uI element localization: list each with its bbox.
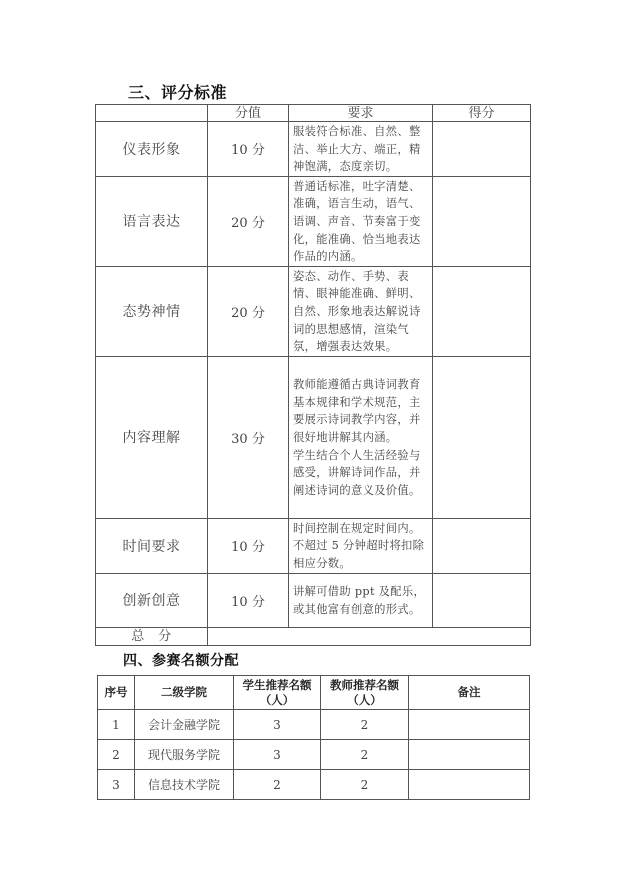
- header-cell-note: 备注: [409, 676, 530, 710]
- criterion-requirement: 普通话标准，吐字清楚、准确，语言生动，语气、语调、声音、节奏富于变化，能准确、恰…: [289, 176, 433, 266]
- header-cell-score: 分值: [208, 105, 289, 122]
- teacher-quota: 2: [321, 770, 409, 800]
- criterion-requirement: 姿态、动作、手势、表情、眼神能准确、鲜明、自然、形象地表达解说诗词的思想感情，渲…: [289, 266, 433, 356]
- criterion-score: 20 分: [208, 176, 289, 266]
- criterion-score: 20 分: [208, 266, 289, 356]
- criterion-score: 10 分: [208, 573, 289, 627]
- criterion-got-score: [433, 573, 531, 627]
- section-4-heading: 四、参赛名额分配: [123, 650, 239, 670]
- header-cell-got: 得分: [433, 105, 531, 122]
- table-row: 创新创意 10 分 讲解可借助 ppt 及配乐，或其他富有创意的形式。: [96, 573, 531, 627]
- header-cell-college: 二级学院: [135, 676, 234, 710]
- table-row: 态势神情 20 分 姿态、动作、手势、表情、眼神能准确、鲜明、自然、形象地表达解…: [96, 266, 531, 356]
- note: [409, 740, 530, 770]
- criterion-requirement: 时间控制在规定时间内。不超过 5 分钟超时将扣除相应分数。: [289, 518, 433, 573]
- criterion-name: 内容理解: [96, 356, 208, 518]
- total-value: [208, 627, 531, 645]
- section-3-heading: 三、评分标准: [128, 80, 227, 103]
- criterion-name: 语言表达: [96, 176, 208, 266]
- total-row: 总 分: [96, 627, 531, 645]
- student-quota: 2: [234, 770, 321, 800]
- student-quota: 3: [234, 710, 321, 740]
- college-name: 会计金融学院: [135, 710, 234, 740]
- criterion-name: 仪表形象: [96, 122, 208, 177]
- row-number: 3: [98, 770, 135, 800]
- note: [409, 710, 530, 740]
- header-line: 学生推荐名额: [234, 678, 320, 693]
- header-cell-student-quota: 学生推荐名额 （人）: [234, 676, 321, 710]
- table-row: 内容理解 30 分 教师能遵循古典诗词教育基本规律和学术规范，主要展示诗词教学内…: [96, 356, 531, 518]
- row-number: 1: [98, 710, 135, 740]
- total-label: 总 分: [96, 627, 208, 645]
- header-cell-number: 序号: [98, 676, 135, 710]
- header-line: 教师推荐名额: [321, 678, 408, 693]
- criterion-got-score: [433, 518, 531, 573]
- teacher-quota: 2: [321, 740, 409, 770]
- criterion-score: 30 分: [208, 356, 289, 518]
- criterion-score: 10 分: [208, 122, 289, 177]
- row-number: 2: [98, 740, 135, 770]
- student-quota: 3: [234, 740, 321, 770]
- criterion-score: 10 分: [208, 518, 289, 573]
- criterion-name: 态势神情: [96, 266, 208, 356]
- table-row: 语言表达 20 分 普通话标准，吐字清楚、准确，语言生动，语气、语调、声音、节奏…: [96, 176, 531, 266]
- scoring-criteria-table: 分值 要求 得分 仪表形象 10 分 服装符合标准、自然、整洁、举止大方、端正，…: [95, 104, 531, 646]
- criterion-name: 创新创意: [96, 573, 208, 627]
- criterion-got-score: [433, 176, 531, 266]
- header-cell-requirement: 要求: [289, 105, 433, 122]
- criterion-got-score: [433, 266, 531, 356]
- header-line: （人）: [234, 693, 320, 708]
- criterion-requirement: 服装符合标准、自然、整洁、举止大方、端正，精神饱满，态度亲切。: [289, 122, 433, 177]
- criterion-requirement: 讲解可借助 ppt 及配乐，或其他富有创意的形式。: [289, 573, 433, 627]
- table-row: 1 会计金融学院 3 2: [98, 710, 530, 740]
- criterion-got-score: [433, 122, 531, 177]
- college-name: 现代服务学院: [135, 740, 234, 770]
- criterion-requirement: 教师能遵循古典诗词教育基本规律和学术规范，主要展示诗词教学内容，并很好地讲解其内…: [289, 356, 433, 518]
- college-name: 信息技术学院: [135, 770, 234, 800]
- table-header-row: 分值 要求 得分: [96, 105, 531, 122]
- table-row: 3 信息技术学院 2 2: [98, 770, 530, 800]
- requirement-teacher: 教师能遵循古典诗词教育基本规律和学术规范，主要展示诗词教学内容，并很好地讲解其内…: [293, 376, 429, 446]
- header-cell-teacher-quota: 教师推荐名额 （人）: [321, 676, 409, 710]
- header-cell-item: [96, 105, 208, 122]
- requirement-student: 学生结合个人生活经验与感受，讲解诗词作品，并阐述诗词的意义及价值。: [293, 447, 429, 500]
- table-row: 仪表形象 10 分 服装符合标准、自然、整洁、举止大方、端正，精神饱满，态度亲切…: [96, 122, 531, 177]
- criterion-got-score: [433, 356, 531, 518]
- criterion-name: 时间要求: [96, 518, 208, 573]
- note: [409, 770, 530, 800]
- table-header-row: 序号 二级学院 学生推荐名额 （人） 教师推荐名额 （人） 备注: [98, 676, 530, 710]
- table-row: 2 现代服务学院 3 2: [98, 740, 530, 770]
- table-row: 时间要求 10 分 时间控制在规定时间内。不超过 5 分钟超时将扣除相应分数。: [96, 518, 531, 573]
- teacher-quota: 2: [321, 710, 409, 740]
- header-line: （人）: [321, 693, 408, 708]
- quota-allocation-table: 序号 二级学院 学生推荐名额 （人） 教师推荐名额 （人） 备注 1 会计金融学…: [97, 675, 530, 800]
